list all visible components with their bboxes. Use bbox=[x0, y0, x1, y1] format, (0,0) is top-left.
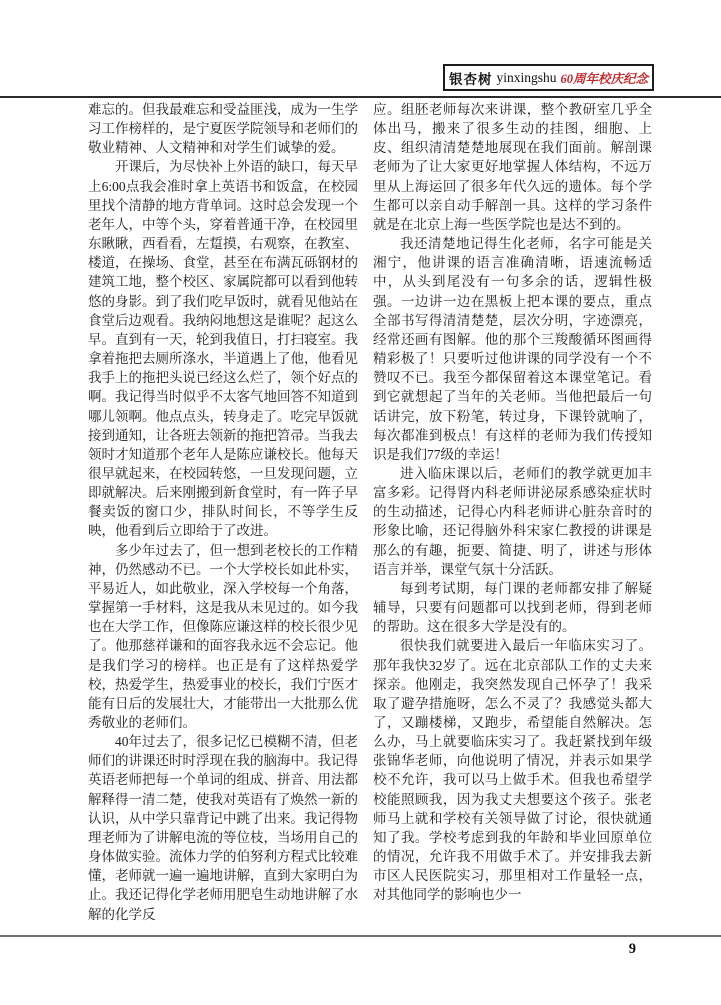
column-left: 难忘的。但我最难忘和受益匪浅，成为一生学习工作榜样的，是宁夏医学院领导和老师们的… bbox=[88, 100, 358, 924]
footer-rule bbox=[0, 935, 721, 937]
paragraph: 进入临床课以后，老师们的教学就更加丰富多彩。记得肾内科老师讲泌尿系感染症状时的生… bbox=[373, 464, 652, 579]
header-rule bbox=[0, 96, 721, 98]
header-title-box: 银杏树 yinxingshu 60周年校庆纪念 bbox=[443, 64, 654, 91]
paragraph: 40年过去了，很多记忆已模糊不清，但老师们的讲课还时时浮现在我的脑海中。我记得英… bbox=[88, 732, 358, 924]
paragraph-continuation: 难忘的。但我最难忘和受益匪浅，成为一生学习工作榜样的，是宁夏医学院领导和老师们的… bbox=[88, 100, 358, 157]
magazine-page: 银杏树 yinxingshu 60周年校庆纪念 难忘的。但我最难忘和受益匪浅，成… bbox=[0, 0, 721, 1005]
paragraph: 每到考试期，每门课的老师都安排了解疑辅导，只要有问题都可以找到老师，得到老师的帮… bbox=[373, 579, 652, 636]
header-title-pinyin: yinxingshu bbox=[496, 70, 556, 86]
column-right: 应。组胚老师每次来讲课，整个教研室几乎全体出马，搬来了很多生动的挂图，细胞、上皮… bbox=[373, 100, 652, 924]
page-number: 9 bbox=[0, 941, 636, 958]
header-title-chinese: 银杏树 bbox=[449, 68, 493, 88]
header-title-anniversary: 60周年校庆纪念 bbox=[561, 69, 649, 87]
article-body: 难忘的。但我最难忘和受益匪浅，成为一生学习工作榜样的，是宁夏医学院领导和老师们的… bbox=[88, 100, 652, 924]
paragraph: 开课后，为尽快补上外语的缺口，每天早上6:00点我会准时拿上英语书和饭盒，在校园… bbox=[88, 157, 358, 540]
paragraph: 很快我们就要进入最后一年临床实习了。那年我快32岁了。远在北京部队工作的丈夫来探… bbox=[373, 636, 652, 904]
paragraph: 我还清楚地记得生化老师，名字可能是关湘宁，他讲课的语言准确清晰，语速流畅适中，从… bbox=[373, 234, 652, 464]
paragraph-continuation: 应。组胚老师每次来讲课，整个教研室几乎全体出马，搬来了很多生动的挂图，细胞、上皮… bbox=[373, 100, 652, 234]
paragraph: 多少年过去了，但一想到老校长的工作精神，仍然感动不已。一个大学校长如此朴实，平易… bbox=[88, 541, 358, 733]
